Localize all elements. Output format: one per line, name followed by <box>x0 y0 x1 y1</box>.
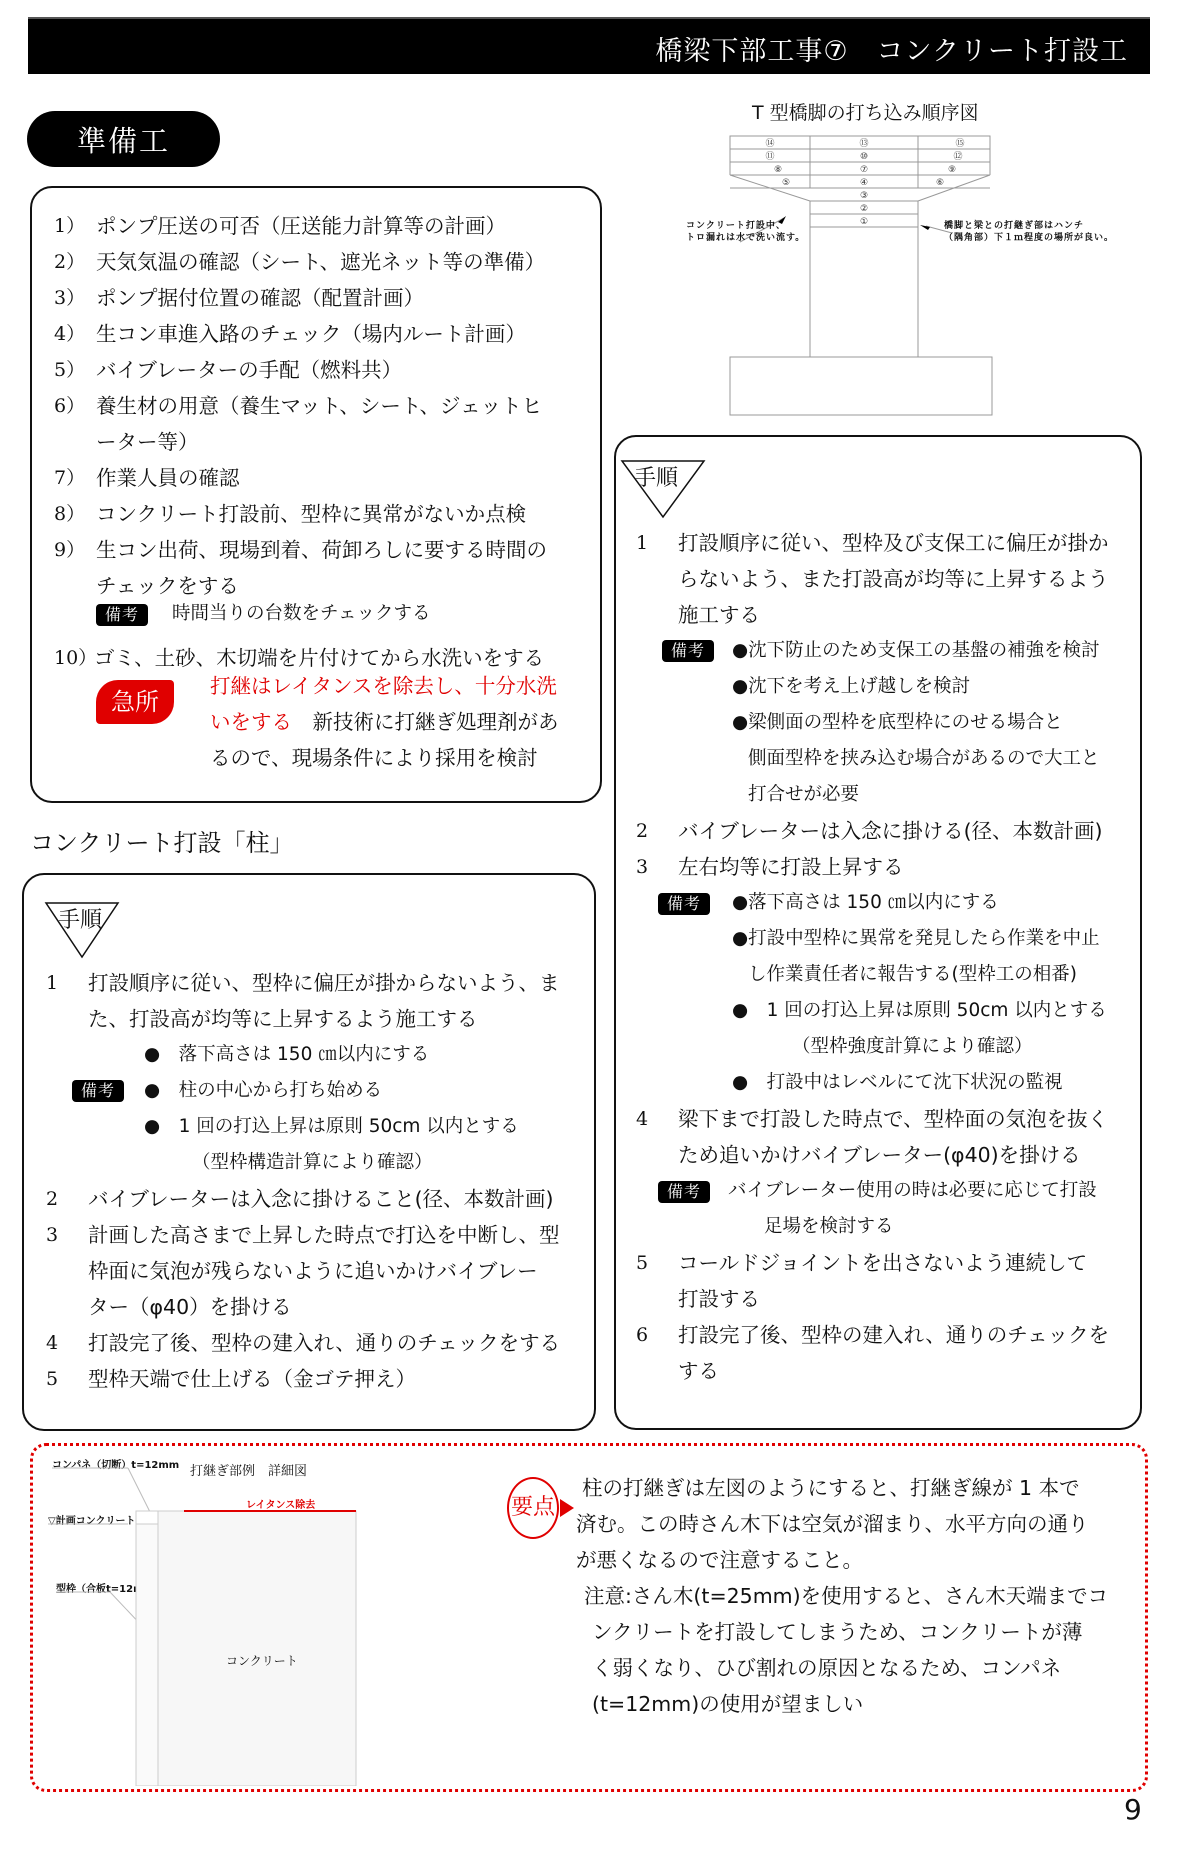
note-line-2: ンクリートを打設してしまうため、コンクリートが薄 <box>592 1614 1082 1650</box>
prep-item-number: 7） <box>54 460 85 496</box>
beam-biko2-line-4: ● 1 回の打込上昇は原則 50cm 以内とする <box>732 993 1107 1029</box>
tejun-badge: 手順 <box>44 901 140 957</box>
column-section-title: コンクリート打設「柱」 <box>30 823 294 858</box>
header-bar: 橋梁下部工事⑦ コンクリート打設工 <box>28 17 1150 74</box>
column-step-number: 4 <box>46 1325 58 1361</box>
beam-biko2-line-3: し作業責任者に報告する(型枠工の相番) <box>748 957 1077 993</box>
kyusho-line-2: いをする 新技術に打継ぎ処理剤があ <box>210 704 559 740</box>
tejun-label: 手順 <box>634 461 678 492</box>
lift-3: ③ <box>860 191 868 201</box>
preparation-box: 1）ポンプ圧送の可否（圧送能力計算等の計画）2）天気気温の確認（シート、遮光ネッ… <box>30 186 602 803</box>
note-left-line-2: トロ漏れは水で洗い流す。 <box>686 232 805 244</box>
arrow-right-icon <box>560 1499 574 1517</box>
prep-item-number: 1） <box>54 208 85 244</box>
lift-9: ⑨ <box>948 165 956 175</box>
bullet-3: ● 1 回の打込上昇は原則 50cm 以内とする <box>144 1109 519 1145</box>
note-line-1: 注意:さん木(t=25mm)を使用すると、さん木天端までコ <box>584 1578 1108 1614</box>
biko-badge: 備考 <box>96 604 148 626</box>
kyusho-line-3: るので、現場条件により採用を検討 <box>210 740 538 776</box>
yoten-badge: 要点 <box>507 1477 559 1539</box>
prep-item-text: バイブレーターの手配（燃料共） <box>96 352 402 388</box>
beam-step-2-number: 2 <box>636 813 648 849</box>
tejun-label: 手順 <box>58 903 102 934</box>
t-pier-drawing: ⑭ ⑬ ⑮ ⑪ ⑩ ⑫ ⑧ ⑦ ⑨ ⑤ ④ ⑥ ③ ② ① <box>690 130 1110 420</box>
beam-step-1-line-3: 施工する <box>678 597 760 633</box>
beam-step-2-text: バイブレーターは入念に掛ける(径、本数計画) <box>678 813 1103 849</box>
yoten-line-2: 済む。この時さん木下は空気が溜まり、水平方向の通り <box>576 1506 1089 1542</box>
beam-procedure-box: 手順 1 打設順序に従い、型枠及び支保工に偏圧が掛か らないよう、また打設高が均… <box>614 435 1142 1430</box>
lift-1: ① <box>860 217 868 227</box>
diagram-note-left: コンクリート打設中、 トロ漏れは水で洗い流す。 <box>686 220 805 244</box>
bullet-note: （型枠構造計算により確認） <box>192 1145 433 1181</box>
prep-item-text: ーター等） <box>96 424 199 460</box>
beam-biko1-line-5: 打合せが必要 <box>748 777 859 813</box>
beam-biko3-line-2: 足場を検討する <box>764 1209 894 1245</box>
prep-item-text: ポンプ圧送の可否（圧送能力計算等の計画） <box>96 208 506 244</box>
column-step-number: 3 <box>46 1217 58 1253</box>
beam-biko1-line-3: ●梁側面の型枠を底型枠にのせる場合と <box>732 705 1063 741</box>
kyusho-red-line-2: いをする <box>210 710 292 734</box>
column-procedure-box: 手順 1 打設順序に従い、型枠に偏圧が掛からないよう、ま た、打設高が均等に上昇… <box>22 873 596 1431</box>
beam-step-4-number: 4 <box>636 1101 648 1137</box>
prep-item-text: 天気気温の確認（シート、遮光ネット等の準備） <box>96 244 545 280</box>
beam-biko1-line-4: 側面型枠を挟み込む場合があるので大工と <box>748 741 1100 777</box>
bullet-2-text: 柱の中心から打ち始める <box>179 1080 383 1101</box>
page-number: 9 <box>1124 1793 1142 1826</box>
prep-item-text: 生コン車進入路のチェック（場内ルート計画） <box>96 316 526 352</box>
yoten-line-3: が悪くなるので注意すること。 <box>576 1542 863 1578</box>
biko-badge: 備考 <box>662 640 714 662</box>
lift-15: ⑮ <box>955 138 964 149</box>
beam-step-3-text: 左右均等に打設上昇する <box>678 849 904 885</box>
note-left-line-1: コンクリート打設中、 <box>686 220 805 232</box>
prep-item-number: 3） <box>54 280 85 316</box>
lift-11: ⑪ <box>765 151 774 162</box>
lift-7: ⑦ <box>860 165 868 175</box>
kyusho-black-line-2: 新技術に打継ぎ処理剤があ <box>313 710 559 734</box>
prep-item-number: 2） <box>54 244 85 280</box>
prep-item-text: コンクリート打設前、型枠に異常がないか点検 <box>96 496 526 532</box>
lift-12: ⑫ <box>953 151 962 162</box>
prep-item-text: 生コン出荷、現場到着、荷卸ろしに要する時間の <box>96 532 547 568</box>
beam-biko2-line-5: （型枠強度計算により確認） <box>792 1029 1033 1065</box>
beam-biko2-line-2: ●打設中型枠に異常を発見したら作業を中止 <box>732 921 1100 957</box>
diagram-note-right: 橋脚と梁との打継ぎ部はハンチ （隅角部）下１ｍ程度の場所が良い。 <box>944 220 1114 244</box>
beam-step-1-line-2: らないよう、また打設高が均等に上昇するよう <box>678 561 1109 597</box>
column-step-text: ター（φ40）を掛ける <box>88 1289 292 1325</box>
label-concrete: コンクリート <box>226 1652 298 1669</box>
column-step-number: 2 <box>46 1181 58 1217</box>
lift-4: ④ <box>860 178 868 188</box>
beam-biko1-line-1: ●沈下防止のため支保工の基盤の補強を検討 <box>732 633 1100 669</box>
prep-item-number: 8） <box>54 496 85 532</box>
beam-biko1-line-2: ●沈下を考え上げ越しを検討 <box>732 669 970 705</box>
beam-biko3-line-1: バイブレーター使用の時は必要に応じて打設 <box>728 1173 1097 1209</box>
prep-item-number: 4） <box>54 316 85 352</box>
prep-item-text: 作業人員の確認 <box>96 460 240 496</box>
lift-13: ⑬ <box>859 138 868 149</box>
column-step-text: バイブレーターは入念に掛けること(径、本数計画) <box>88 1181 554 1217</box>
construction-joint-detail-drawing: コンパネ（切断）t=12mm 打継ぎ部例 詳細図 レイタンス除去 ▽計画コンクリ… <box>48 1456 468 1786</box>
bullet-1-text: 落下高さは 150 ㎝以内にする <box>179 1044 430 1065</box>
tejun-badge: 手順 <box>620 459 716 515</box>
yoten-line-1: 柱の打継ぎは左図のようにすると、打継ぎ線が 1 本で <box>582 1470 1080 1506</box>
biko-badge: 備考 <box>658 893 710 915</box>
lift-6: ⑥ <box>936 178 944 188</box>
beam-step-6-line-1: 打設完了後、型枠の建入れ、通りのチェックを <box>678 1317 1109 1353</box>
beam-step-3-number: 3 <box>636 849 648 885</box>
beam-step-1-number: 1 <box>636 525 648 561</box>
t-pier-diagram: ⑭ ⑬ ⑮ ⑪ ⑩ ⑫ ⑧ ⑦ ⑨ ⑤ ④ ⑥ ③ ② ① コンクリート打設中、… <box>690 130 1110 424</box>
beam-step-6-number: 6 <box>636 1317 648 1353</box>
page-title: 橋梁下部工事⑦ コンクリート打設工 <box>655 29 1128 68</box>
beam-biko2-line-1: ●落下高さは 150 ㎝以内にする <box>732 885 999 921</box>
beam-step-5-line-2: 打設する <box>678 1281 760 1317</box>
column-step-number: 5 <box>46 1361 58 1397</box>
note-right-line-1: 橋脚と梁との打継ぎ部はハンチ <box>944 220 1114 232</box>
prep-item-text: ポンプ据付位置の確認（配置計画） <box>96 280 424 316</box>
note-right-line-2: （隅角部）下１ｍ程度の場所が良い。 <box>944 232 1114 244</box>
beam-step-4-line-2: ため追いかけバイブレーター(φ40)を掛ける <box>678 1137 1081 1173</box>
bullet-3-text: 1 回の打込上昇は原則 50cm 以内とする <box>179 1116 519 1137</box>
column-step-text: 枠面に気泡が残らないように追いかけバイブレー <box>88 1253 538 1289</box>
beam-step-6-line-2: する <box>678 1353 719 1389</box>
prep-item-number: 6） <box>54 388 85 424</box>
beam-biko2-line-6: ● 打設中はレベルにて沈下状況の監視 <box>732 1065 1063 1101</box>
beam-step-5-line-1: コールドジョイントを出さないよう連続して <box>678 1245 1087 1281</box>
note-line-3: く弱くなり、ひび割れの原因となるため、コンパネ <box>592 1650 1061 1686</box>
lift-2: ② <box>860 204 868 214</box>
beam-step-5-number: 5 <box>636 1245 648 1281</box>
step-1-line-2: た、打設高が均等に上昇するよう施工する <box>88 1001 478 1037</box>
biko-text: 時間当りの台数をチェックする <box>172 596 430 632</box>
biko-badge: 備考 <box>658 1181 710 1203</box>
column-step-text: 型枠天端で仕上げる（金ゴテ押え） <box>88 1361 416 1397</box>
prep-item-number: 9） <box>54 532 85 568</box>
bullet-2: ● 柱の中心から打ち始める <box>144 1073 382 1109</box>
lift-10: ⑩ <box>860 152 868 162</box>
column-step-text: 打設完了後、型枠の建入れ、通りのチェックをする <box>88 1325 560 1361</box>
diagram-title: T 型橋脚の打ち込み順序図 <box>752 98 979 125</box>
lift-14: ⑭ <box>765 138 774 149</box>
biko-badge: 備考 <box>72 1080 124 1102</box>
beam-step-1-line-1: 打設順序に従い、型枠及び支保工に偏圧が掛か <box>678 525 1109 561</box>
joint-section-svg <box>48 1456 468 1786</box>
prep-item-text: 養生材の用意（養生マット、シート、ジェットヒ <box>96 388 542 424</box>
note-line-4: (t=12mm)の使用が望ましい <box>592 1686 863 1722</box>
lift-8: ⑧ <box>774 165 782 175</box>
prep-item-number: 5） <box>54 352 85 388</box>
bullet-1: ● 落下高さは 150 ㎝以内にする <box>144 1037 429 1073</box>
column-step-text: 計画した高さまで上昇した時点で打込を中断し、型 <box>88 1217 560 1253</box>
step-1-number: 1 <box>46 965 58 1001</box>
kyusho-badge: 急所 <box>96 680 174 724</box>
prep-item-number: 10） <box>54 640 97 676</box>
lift-5: ⑤ <box>782 178 790 188</box>
kyusho-red-line-1: 打継はレイタンスを除去し、十分水洗 <box>210 668 557 704</box>
section-pill-preparation: 準備工 <box>27 111 220 167</box>
step-1-line-1: 打設順序に従い、型枠に偏圧が掛からないよう、ま <box>88 965 560 1001</box>
beam-step-4-line-1: 梁下まで打設した時点で、型枠面の気泡を抜く <box>678 1101 1108 1137</box>
